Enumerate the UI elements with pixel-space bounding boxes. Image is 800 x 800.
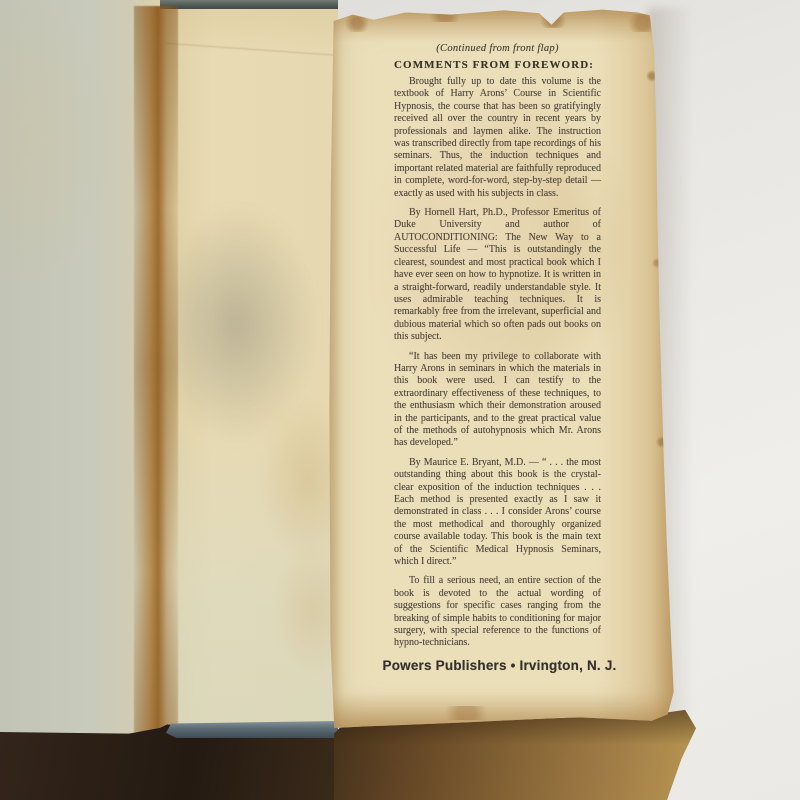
page-cast-shadow (168, 205, 318, 445)
comments-from-foreword-heading: COMMENTS FROM FOREWORD: (394, 58, 601, 72)
continued-from-front-flap-note: (Continued from front flap) (394, 42, 601, 55)
flap-paragraph-suggestions-section: To fill a serious need, an entire sectio… (394, 575, 601, 649)
flap-paragraph-hart-quote-continued: “It has been my privilege to collaborate… (394, 351, 601, 450)
flap-paragraph-maurice-bryant: By Maurice E. Bryant, M.D. — “ . . . the… (394, 457, 601, 569)
publisher-imprint-line: Powers Publishers • Irvington, N. J. (376, 657, 623, 674)
dust-jacket-back-flap: (Continued from front flap) COMMENTS FRO… (328, 6, 680, 728)
flap-paragraph-hornell-hart: By Hornell Hart, Ph.D., Professor Emerit… (394, 207, 601, 343)
book-cover-bottom-edge (166, 721, 338, 738)
photo-of-open-book: (Continued from front flap) COMMENTS FRO… (0, 0, 800, 800)
gutter-glue-stain (134, 6, 178, 732)
flap-text-column: (Continued from front flap) COMMENTS FRO… (394, 42, 601, 674)
flap-paragraph-intro: Brought fully up to date this volume is … (394, 76, 601, 200)
